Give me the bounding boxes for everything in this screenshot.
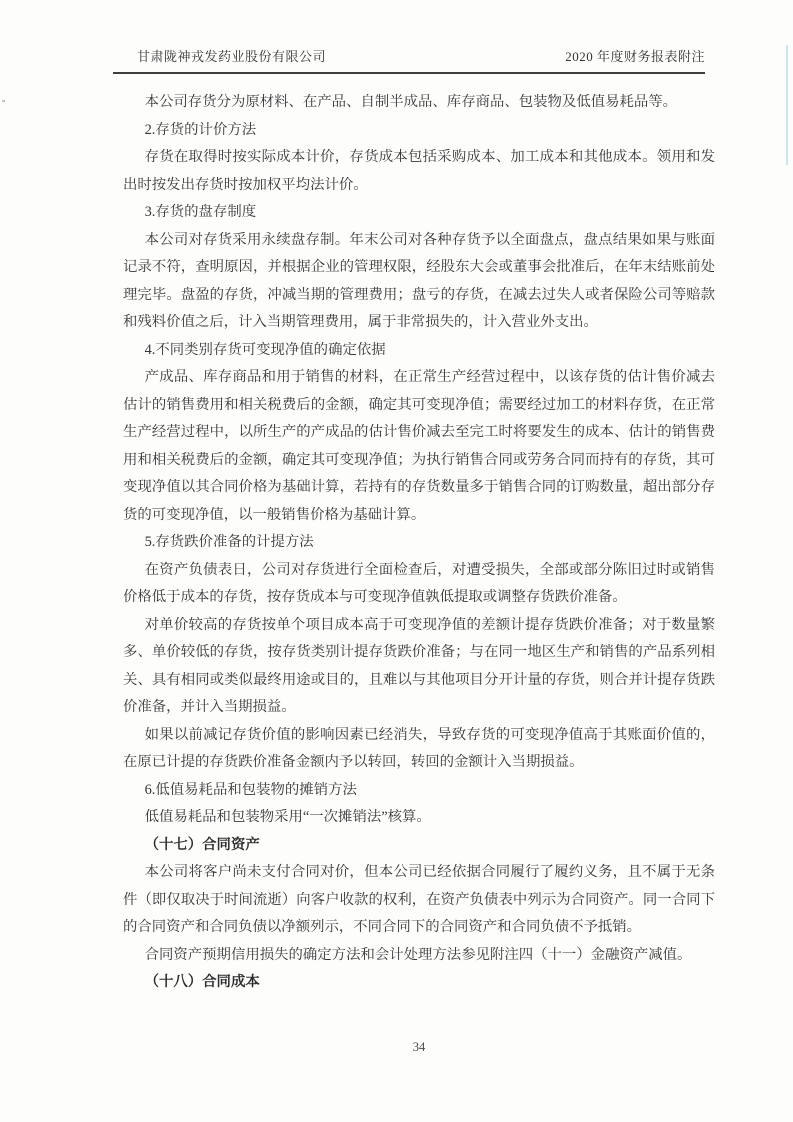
section-heading: （十八）合同成本 [123, 969, 715, 997]
numbered-heading: 2.存货的计价方法 [123, 117, 715, 145]
paragraph: 产成品、库存商品和用于销售的材料，在正常生产经营过程中，以该存货的估计售价减去估… [123, 364, 715, 529]
page-footer: 34 [123, 1040, 715, 1055]
numbered-heading: 5.存货跌价准备的计提方法 [123, 529, 715, 557]
paragraph: 对单价较高的存货按单个项目成本高于可变现净值的差额计提存货跌价准备；对于数量繁多… [123, 612, 715, 722]
numbered-heading: 4.不同类别存货可变现净值的确定依据 [123, 337, 715, 365]
paragraph: 在资产负债表日，公司对存货进行全面检查后，对遭受损失，全部或部分陈旧过时或销售价… [123, 557, 715, 612]
numbered-heading: 6.低值易耗品和包装物的摊销方法 [123, 777, 715, 805]
section-heading: （十七）合同资产 [123, 832, 715, 860]
paragraph: 存货在取得时按实际成本计价，存货成本包括采购成本、加工成本和其他成本。领用和发出… [123, 144, 715, 199]
paragraph: 本公司对存货采用永续盘存制。年末公司对各种存货予以全面盘点，盘点结果如果与账面记… [123, 227, 715, 337]
document-page: 甘肃陇神戎发药业股份有限公司 2020 年度财务报表附注 本公司存货分为原材料、… [0, 0, 793, 1122]
scan-artifact-speck [2, 100, 5, 102]
numbered-heading: 3.存货的盘存制度 [123, 199, 715, 227]
page-header: 甘肃陇神戎发药业股份有限公司 2020 年度财务报表附注 [113, 46, 705, 74]
document-body: 本公司存货分为原材料、在产品、自制半成品、库存商品、包装物及低值易耗品等。2.存… [123, 89, 715, 997]
paragraph: 低值易耗品和包装物采用“一次摊销法”核算。 [123, 804, 715, 832]
paragraph: 如果以前减记存货价值的影响因素已经消失，导致存货的可变现净值高于其账面价值的，在… [123, 722, 715, 777]
paragraph: 本公司将客户尚未支付合同对价，但本公司已经依据合同履行了履约义务，且不属于无条件… [123, 859, 715, 942]
header-doc-title: 2020 年度财务报表附注 [565, 46, 705, 65]
page-number: 34 [413, 1040, 426, 1054]
scan-artifact-line [786, 45, 788, 165]
header-company-name: 甘肃陇神戎发药业股份有限公司 [113, 46, 326, 65]
paragraph: 合同资产预期信用损失的确定方法和会计处理方法参见附注四（十一）金融资产减值。 [123, 942, 715, 970]
paragraph: 本公司存货分为原材料、在产品、自制半成品、库存商品、包装物及低值易耗品等。 [123, 89, 715, 117]
